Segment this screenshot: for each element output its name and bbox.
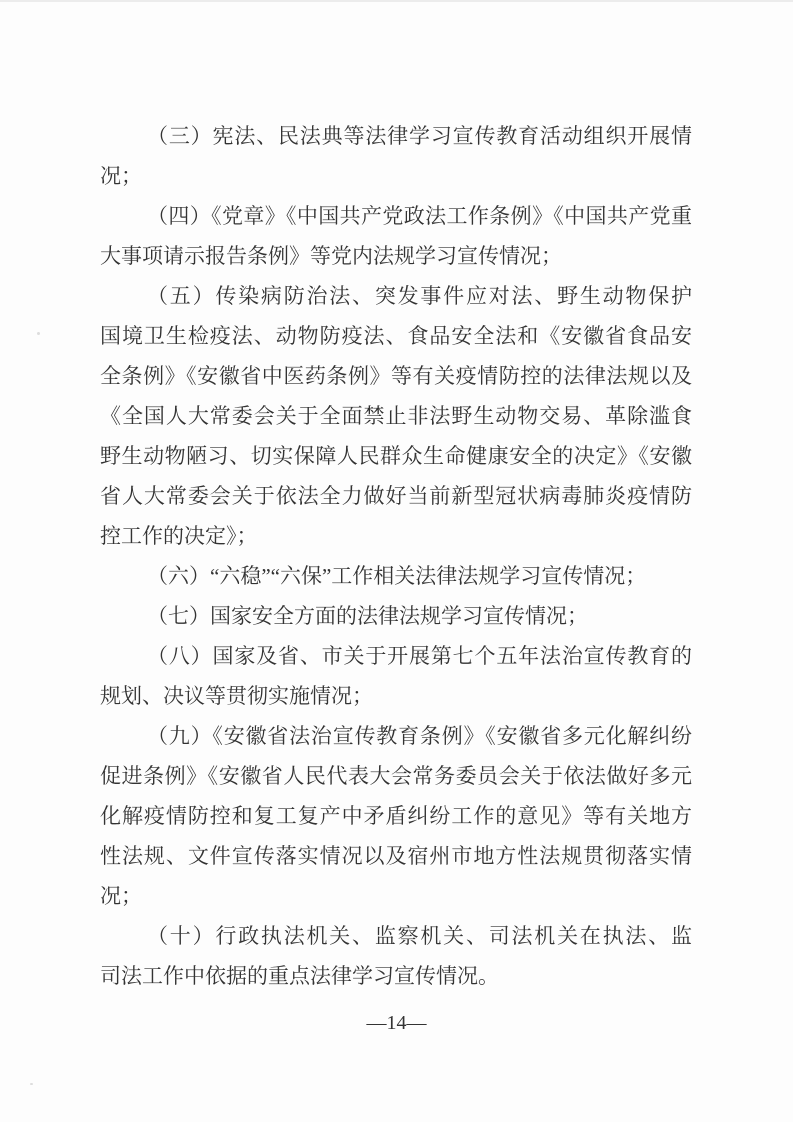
text-line: 野生动物陋习、切实保障人民群众生命健康安全的决定》《安徽 [100, 436, 692, 476]
text-line: 控工作的决定》； [100, 516, 692, 556]
text-line: （三）宪法、民法典等法律学习宣传教育活动组织开展情 [100, 116, 692, 156]
text-line: 规划、决议等贯彻实施情况； [100, 676, 692, 716]
text-line: （八）国家及省、市关于开展第七个五年法治宣传教育的 [100, 636, 692, 676]
paragraph-item-10: （十）行政执法机关、监察机关、司法机关在执法、监察、 司法工作中依据的重点法律学… [100, 916, 692, 996]
text-line: （五）传染病防治法、突发事件应对法、野生动物保护法、 [100, 276, 692, 316]
text-line: 司法工作中依据的重点法律学习宣传情况。 [100, 956, 692, 996]
text-line: （十）行政执法机关、监察机关、司法机关在执法、监察、 [100, 916, 692, 956]
text-line: （六）“六稳”“六保”工作相关法律法规学习宣传情况； [100, 556, 692, 596]
text-line: 性法规、文件宣传落实情况以及宿州市地方性法规贯彻落实情 [100, 836, 692, 876]
text-line: 化解疫情防控和复工复产中矛盾纠纷工作的意见》等有关地方 [100, 796, 692, 836]
paragraph-item-6: （六）“六稳”“六保”工作相关法律法规学习宣传情况； [100, 556, 692, 596]
text-line: 促进条例》《安徽省人民代表大会常务委员会关于依法做好多元 [100, 756, 692, 796]
text-line: 省人大常委会关于依法全力做好当前新型冠状病毒肺炎疫情防 [100, 476, 692, 516]
text-line: 全条例》《安徽省中医药条例》等有关疫情防控的法律法规以及 [100, 356, 692, 396]
paragraph-item-9: （九）《安徽省法治宣传教育条例》《安徽省多元化解纠纷 促进条例》《安徽省人民代表… [100, 716, 692, 916]
document-body: （三）宪法、民法典等法律学习宣传教育活动组织开展情 况； （四）《党章》《中国共… [100, 116, 692, 996]
paragraph-item-8: （八）国家及省、市关于开展第七个五年法治宣传教育的 规划、决议等贯彻实施情况； [100, 636, 692, 716]
paragraph-item-7: （七）国家安全方面的法律法规学习宣传情况； [100, 596, 692, 636]
paragraph-item-3: （三）宪法、民法典等法律学习宣传教育活动组织开展情 况； [100, 116, 692, 196]
paragraph-item-4: （四）《党章》《中国共产党政法工作条例》《中国共产党重 大事项请示报告条例》等党… [100, 196, 692, 276]
text-line: 《全国人大常委会关于全面禁止非法野生动物交易、革除滥食 [100, 396, 692, 436]
paragraph-item-5: （五）传染病防治法、突发事件应对法、野生动物保护法、 国境卫生检疫法、动物防疫法… [100, 276, 692, 556]
scan-speck [37, 332, 40, 335]
text-line: 况； [100, 876, 692, 916]
text-line: 大事项请示报告条例》等党内法规学习宣传情况； [100, 236, 692, 276]
text-line: 况； [100, 156, 692, 196]
text-line: 国境卫生检疫法、动物防疫法、食品安全法和《安徽省食品安 [100, 316, 692, 356]
text-line: （四）《党章》《中国共产党政法工作条例》《中国共产党重 [100, 196, 692, 236]
text-line: （七）国家安全方面的法律法规学习宣传情况； [100, 596, 692, 636]
page-number: —14— [0, 1008, 793, 1038]
scan-speck [30, 1083, 33, 1085]
scan-edge-shadow [0, 0, 793, 2]
document-page: （三）宪法、民法典等法律学习宣传教育活动组织开展情 况； （四）《党章》《中国共… [0, 0, 793, 1122]
text-line: （九）《安徽省法治宣传教育条例》《安徽省多元化解纠纷 [100, 716, 692, 756]
